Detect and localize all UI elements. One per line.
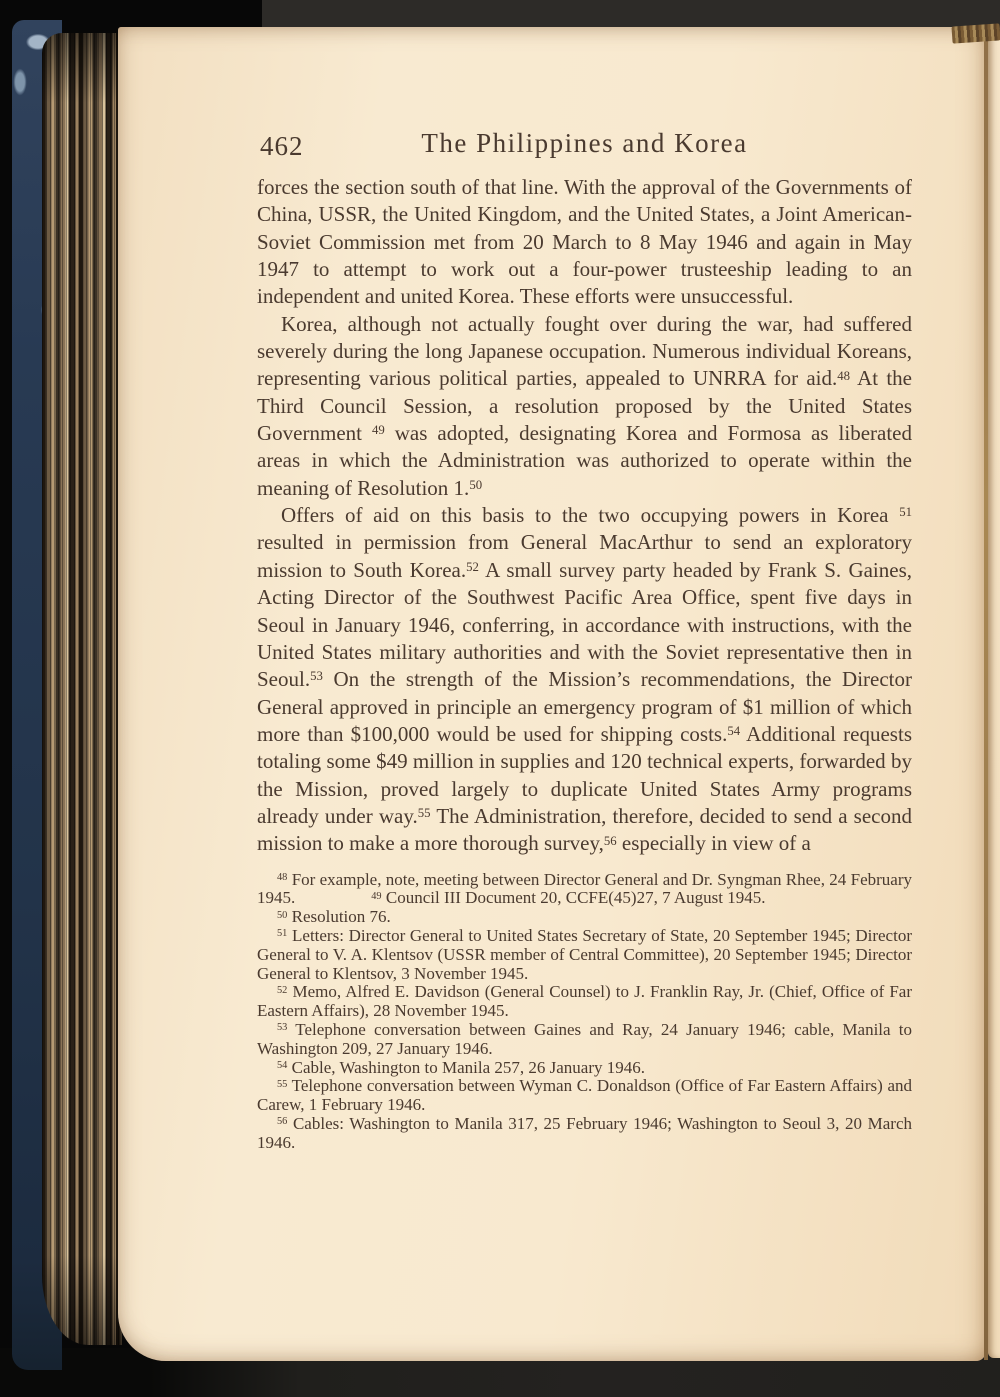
footnote-ref: 54 (727, 724, 740, 738)
footnote-ref: 50 (469, 478, 482, 492)
footnote-ref: 51 (899, 505, 912, 519)
page-content: 462 The Philippines and Korea forces the… (257, 128, 912, 1153)
facing-page-edge (988, 36, 1000, 1358)
footnote-number: 51 (277, 928, 287, 939)
footnote-ref: 48 (837, 369, 850, 383)
footnote-number: 49 (371, 891, 381, 902)
footnote-ref: 56 (604, 834, 617, 848)
footnote-ref: 55 (418, 806, 431, 820)
footnote-number: 53 (277, 1022, 287, 1033)
footnote-number: 50 (277, 910, 287, 921)
footnote-number: 56 (277, 1116, 287, 1127)
paragraph: Offers of aid on this basis to the two o… (257, 502, 912, 857)
footnote-ref: 53 (310, 669, 323, 683)
paragraph: forces the section south of that line. W… (257, 174, 912, 311)
footnote-number: 48 (277, 872, 287, 883)
footnote: 53 Telephone conversation between Gaines… (257, 1021, 912, 1059)
page-number: 462 (260, 131, 304, 162)
footnote-number: 55 (277, 1079, 287, 1090)
footnote-number: 54 (277, 1060, 287, 1071)
page-edge-stack (42, 33, 122, 1345)
spine-headband (951, 23, 1000, 43)
book-photo: 462 The Philippines and Korea forces the… (0, 0, 1000, 1397)
running-title: The Philippines and Korea (257, 128, 912, 159)
footnote: 51 Letters: Director General to United S… (257, 927, 912, 983)
footnote-ref: 49 (372, 423, 385, 437)
footnote-section: 48 For example, note, meeting between Di… (257, 871, 912, 1153)
footnote: 52 Memo, Alfred E. Davidson (General Cou… (257, 983, 912, 1021)
footnote-number: 52 (277, 985, 287, 996)
footnote: 54 Cable, Washington to Manila 257, 26 J… (257, 1059, 912, 1078)
footnote-ref: 52 (466, 560, 479, 574)
footnote: 55 Telephone conversation between Wyman … (257, 1077, 912, 1115)
footnote: 56 Cables: Washington to Manila 317, 25 … (257, 1115, 912, 1153)
page-header: 462 The Philippines and Korea (257, 128, 912, 170)
body-text: forces the section south of that line. W… (257, 174, 912, 858)
footnote: 48 For example, note, meeting between Di… (257, 871, 912, 909)
paragraph: Korea, although not actually fought over… (257, 311, 912, 502)
footnote: 50 Resolution 76. (257, 908, 912, 927)
